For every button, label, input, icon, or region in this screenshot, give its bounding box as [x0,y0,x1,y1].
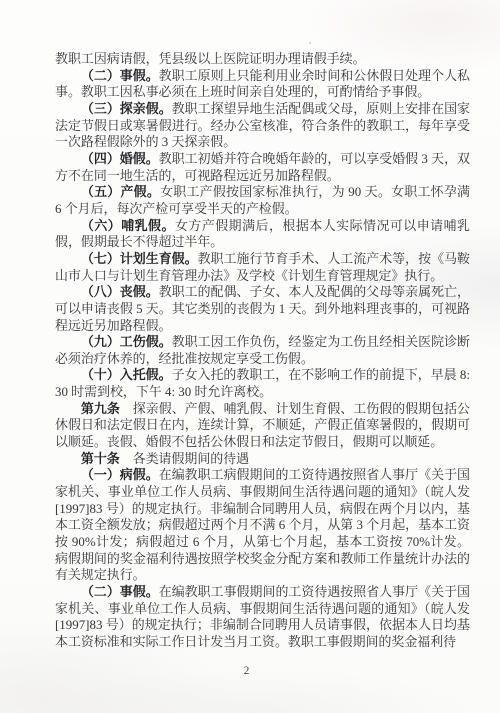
document-page: 教职工因病请假，凭县级以上医院证明办理请假手续。（二）事假。教职工原则上只能利用… [0,0,500,713]
paragraph: （一）病假。在编教职工病假期间的工资待遇按照省人事厅《关于国家机关、事业单位工作… [55,467,470,584]
paragraph: （十）入托假。子女入托的教职工，在不影响工作的前提下，早晨 8: 30 时需到校… [55,367,470,400]
paragraph: 第九条 探亲假、产假、哺乳假、计划生育假、工伤假的假期包括公休假日和法定假日在内… [55,401,470,451]
page-number: 2 [55,665,438,677]
paragraph: （二）事假。教职工原则上只能利用业余时间和公休假日处理个人私事。教职工因私事必须… [55,68,470,101]
paragraph-lead: （六）哺乳假。 [81,218,175,233]
paragraph: （二）事假。在编教职工事假期间的工资待遇按照省人事厅《关于国家机关、事业单位工作… [55,584,470,651]
paragraph-lead: （四）婚假。 [81,151,159,166]
paragraph-lead: （九）工伤假。 [81,334,172,349]
paragraph-lead: （二）事假。 [81,68,159,83]
paragraph-lead: （五）产假。 [81,184,160,199]
paragraph-text: 在编教职工病假期间的工资待遇按照省人事厅《关于国家机关、事业单位工作人员病、事假… [55,467,470,582]
paragraph-lead: （八）丧假。 [81,284,159,299]
paragraph-lead: （三）探亲假。 [81,101,172,116]
paragraph: （五）产假。女职工产假按国家标准执行，为 90 天。女职工怀孕满 6 个月后，每… [55,184,470,217]
paragraph: （九）工伤假。教职工因工作负伤，经鉴定为工伤且经相关医院诊断必须治疗休养的，经批… [55,334,470,367]
paragraph: （七）计划生育假。教职工施行节育手术、人工流产术等，按《马鞍山市人口与计划生育管… [55,251,470,284]
paragraph-lead: 第九条 [81,401,120,416]
paragraph-text: 各类请假期间的待遇 [120,451,249,466]
paragraph: （四）婚假。教职工初婚并符合晚婚年龄的，可以享受婚假 3 天，双方不在同一地生活… [55,151,470,184]
paragraph: （三）探亲假。教职工探望异地生活配偶或父母，原则上安排在国家法定节假日或寒暑假进… [55,101,470,151]
paragraph-lead: （七）计划生育假。 [81,251,198,266]
paragraph-lead: （一）病假。 [81,467,159,482]
paragraph: 教职工因病请假，凭县级以上医院证明办理请假手续。 [55,51,470,68]
paragraph-text: 教职工因病请假，凭县级以上医院证明办理请假手续。 [55,51,366,66]
paragraph: 第十条 各类请假期间的待遇 [55,451,470,468]
paragraph-lead: （十）入托假。 [81,367,172,382]
scan-speck [309,42,311,44]
paragraph-lead: 第十条 [81,451,120,466]
paragraph: （六）哺乳假。女方产假期满后，根据本人实际情况可以申请哺乳假，假期最长不得超过半… [55,218,470,251]
scan-speck [447,185,450,188]
paragraph-lead: （二）事假。 [81,584,159,599]
paragraph: （八）丧假。教职工的配偶、子女、本人及配偶的父母等亲属死亡，可以申请丧假 5 天… [55,284,470,334]
document-body: 教职工因病请假，凭县级以上医院证明办理请假手续。（二）事假。教职工原则上只能利用… [55,51,470,651]
